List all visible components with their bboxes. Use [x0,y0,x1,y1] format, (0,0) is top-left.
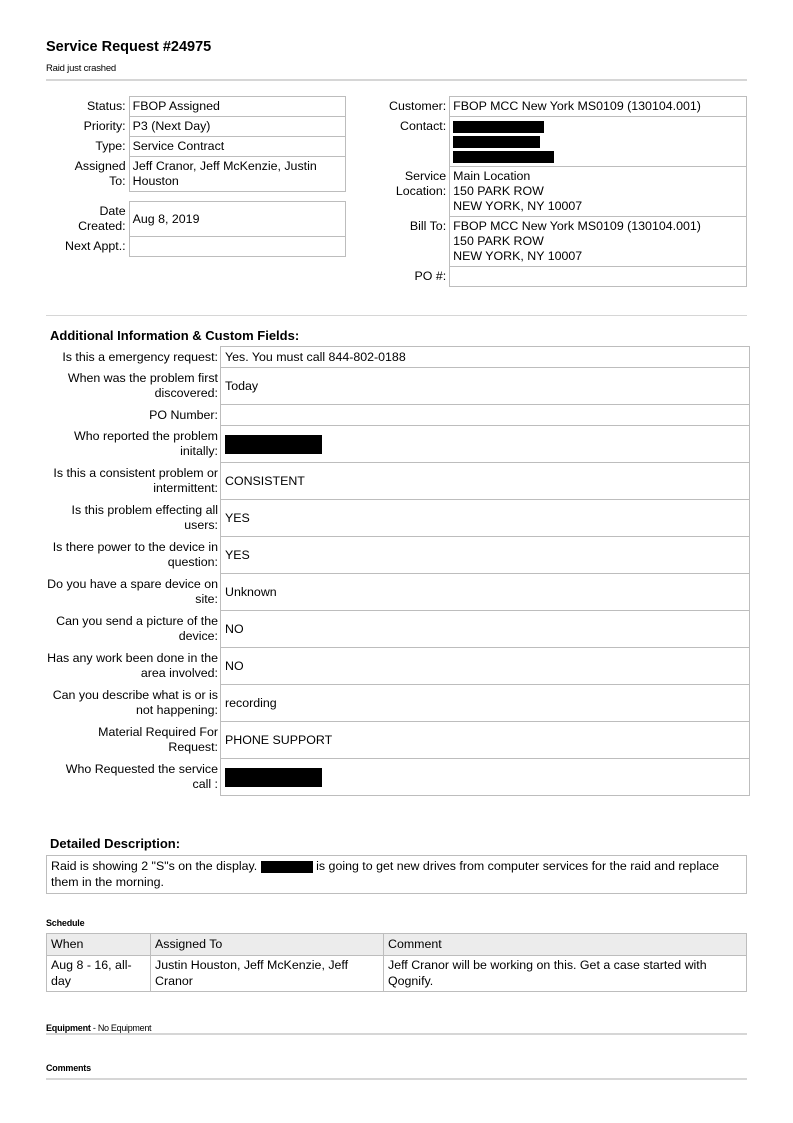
custom-field-row: Can you send a picture of the device:NO [46,611,750,648]
field-row-assigned: Assigned To: Jeff Cranor, Jeff McKenzie,… [62,157,345,192]
field-row-date-created: Date Created: Aug 8, 2019 [62,202,345,237]
address-line: 150 PARK ROW [453,184,743,199]
custom-field-row: Has any work been done in the area invol… [46,648,750,685]
field-row-service-location: Service Location: Main Location 150 PARK… [386,167,747,217]
schedule-assigned: Justin Houston, Jeff McKenzie, Jeff Cran… [151,956,384,992]
field-label: Priority: [62,117,129,137]
field-row-type: Type: Service Contract [62,137,345,157]
status-value: FBOP Assigned [129,97,345,117]
contact-value [450,117,747,167]
custom-field-row: Who Requested the service call : [46,759,750,796]
custom-field-label: Is there power to the device in question… [46,537,221,574]
field-label: PO #: [386,267,450,287]
custom-field-row: Can you describe what is or is not happe… [46,685,750,722]
custom-field-row: When was the problem first discovered:To… [46,368,750,405]
custom-field-label: Can you send a picture of the device: [46,611,221,648]
custom-field-row: Is this problem effecting all users:YES [46,500,750,537]
description-heading: Detailed Description: [50,836,180,851]
custom-field-value: NO [221,648,750,685]
address-line: NEW YORK, NY 10007 [453,199,743,214]
custom-field-label: Who reported the problem initally: [46,426,221,463]
field-row-bill-to: Bill To: FBOP MCC New York MS0109 (13010… [386,217,747,267]
description-text: Raid is showing 2 "S"s on the display. [51,859,257,873]
custom-field-value: Today [221,368,750,405]
equipment-separator: - [91,1023,98,1033]
additional-info-table: Is this a emergency request:Yes. You mus… [46,346,750,796]
redacted-block [225,768,322,787]
detailed-description: Raid is showing 2 "S"s on the display. i… [46,855,747,894]
field-label: Type: [62,137,129,157]
address-line: 150 PARK ROW [453,234,743,249]
field-row-customer: Customer: FBOP MCC New York MS0109 (1301… [386,97,747,117]
page-title: Service Request #24975 [46,39,211,55]
custom-field-value: PHONE SUPPORT [221,722,750,759]
custom-field-value [221,426,750,463]
schedule-table: When Assigned To Comment Aug 8 - 16, all… [46,933,747,992]
field-label: Assigned To: [62,157,129,192]
column-header: Assigned To [151,934,384,956]
divider [46,315,747,316]
redacted-block [453,136,540,148]
redacted-block [453,151,554,163]
column-header: When [47,934,151,956]
custom-field-value: CONSISTENT [221,463,750,500]
field-row-priority: Priority: P3 (Next Day) [62,117,345,137]
next-appt-value [129,237,345,257]
address-line: NEW YORK, NY 10007 [453,249,743,264]
field-row-status: Status: FBOP Assigned [62,97,345,117]
custom-field-label: When was the problem first discovered: [46,368,221,405]
field-label: Next Appt.: [62,237,129,257]
field-row-po: PO #: [386,267,747,287]
field-row-contact: Contact: [386,117,747,167]
type-value: Service Contract [129,137,345,157]
customer-value: FBOP MCC New York MS0109 (130104.001) [450,97,747,117]
custom-field-row: Is this a consistent problem or intermit… [46,463,750,500]
custom-field-label: Has any work been done in the area invol… [46,648,221,685]
column-header: Comment [384,934,747,956]
field-row-next-appt: Next Appt.: [62,237,345,257]
field-label: Service Location: [386,167,450,217]
redacted-block [261,861,313,873]
custom-field-row: Is there power to the device in question… [46,537,750,574]
address-line: FBOP MCC New York MS0109 (130104.001) [453,219,743,234]
field-label: Customer: [386,97,450,117]
comments-heading: Comments [46,1063,91,1073]
schedule-comment: Jeff Cranor will be working on this. Get… [384,956,747,992]
custom-field-value: Unknown [221,574,750,611]
divider [46,1033,747,1035]
field-label: Bill To: [386,217,450,267]
field-label: Contact: [386,117,450,167]
custom-field-label: PO Number: [46,405,221,426]
left-fields-table: Status: FBOP Assigned Priority: P3 (Next… [62,96,346,257]
field-label: Status: [62,97,129,117]
date-created-value: Aug 8, 2019 [129,202,345,237]
equipment-heading: Equipment [46,1023,91,1033]
priority-value: P3 (Next Day) [129,117,345,137]
equipment-value: No Equipment [98,1023,151,1033]
custom-field-label: Who Requested the service call : [46,759,221,796]
custom-field-value: YES [221,537,750,574]
table-row: Aug 8 - 16, all-day Justin Houston, Jeff… [47,956,747,992]
custom-field-row: Do you have a spare device on site:Unkno… [46,574,750,611]
po-value [450,267,747,287]
assigned-to-value: Jeff Cranor, Jeff McKenzie, Justin Houst… [129,157,345,192]
right-fields-table: Customer: FBOP MCC New York MS0109 (1301… [386,96,747,287]
page-subtitle: Raid just crashed [46,63,116,74]
custom-field-value: YES [221,500,750,537]
custom-field-label: Can you describe what is or is not happe… [46,685,221,722]
custom-field-label: Material Required For Request: [46,722,221,759]
custom-field-label: Is this a consistent problem or intermit… [46,463,221,500]
custom-field-row: Material Required For Request:PHONE SUPP… [46,722,750,759]
custom-field-label: Is this problem effecting all users: [46,500,221,537]
custom-field-label: Do you have a spare device on site: [46,574,221,611]
redacted-block [453,121,544,133]
custom-field-row: Is this a emergency request:Yes. You mus… [46,347,750,368]
custom-field-label: Is this a emergency request: [46,347,221,368]
service-location-value: Main Location 150 PARK ROW NEW YORK, NY … [450,167,747,217]
schedule-when: Aug 8 - 16, all-day [47,956,151,992]
custom-field-row: PO Number: [46,405,750,426]
bill-to-value: FBOP MCC New York MS0109 (130104.001) 15… [450,217,747,267]
custom-field-value: recording [221,685,750,722]
address-line: Main Location [453,169,743,184]
custom-field-value [221,405,750,426]
custom-field-row: Who reported the problem initally: [46,426,750,463]
divider [46,1078,747,1080]
additional-info-heading: Additional Information & Custom Fields: [50,328,299,343]
redacted-block [225,435,322,454]
custom-field-value: NO [221,611,750,648]
custom-field-value: Yes. You must call 844-802-0188 [221,347,750,368]
divider [46,79,747,81]
custom-field-value [221,759,750,796]
schedule-heading: Schedule [46,918,84,928]
field-label: Date Created: [62,202,129,237]
